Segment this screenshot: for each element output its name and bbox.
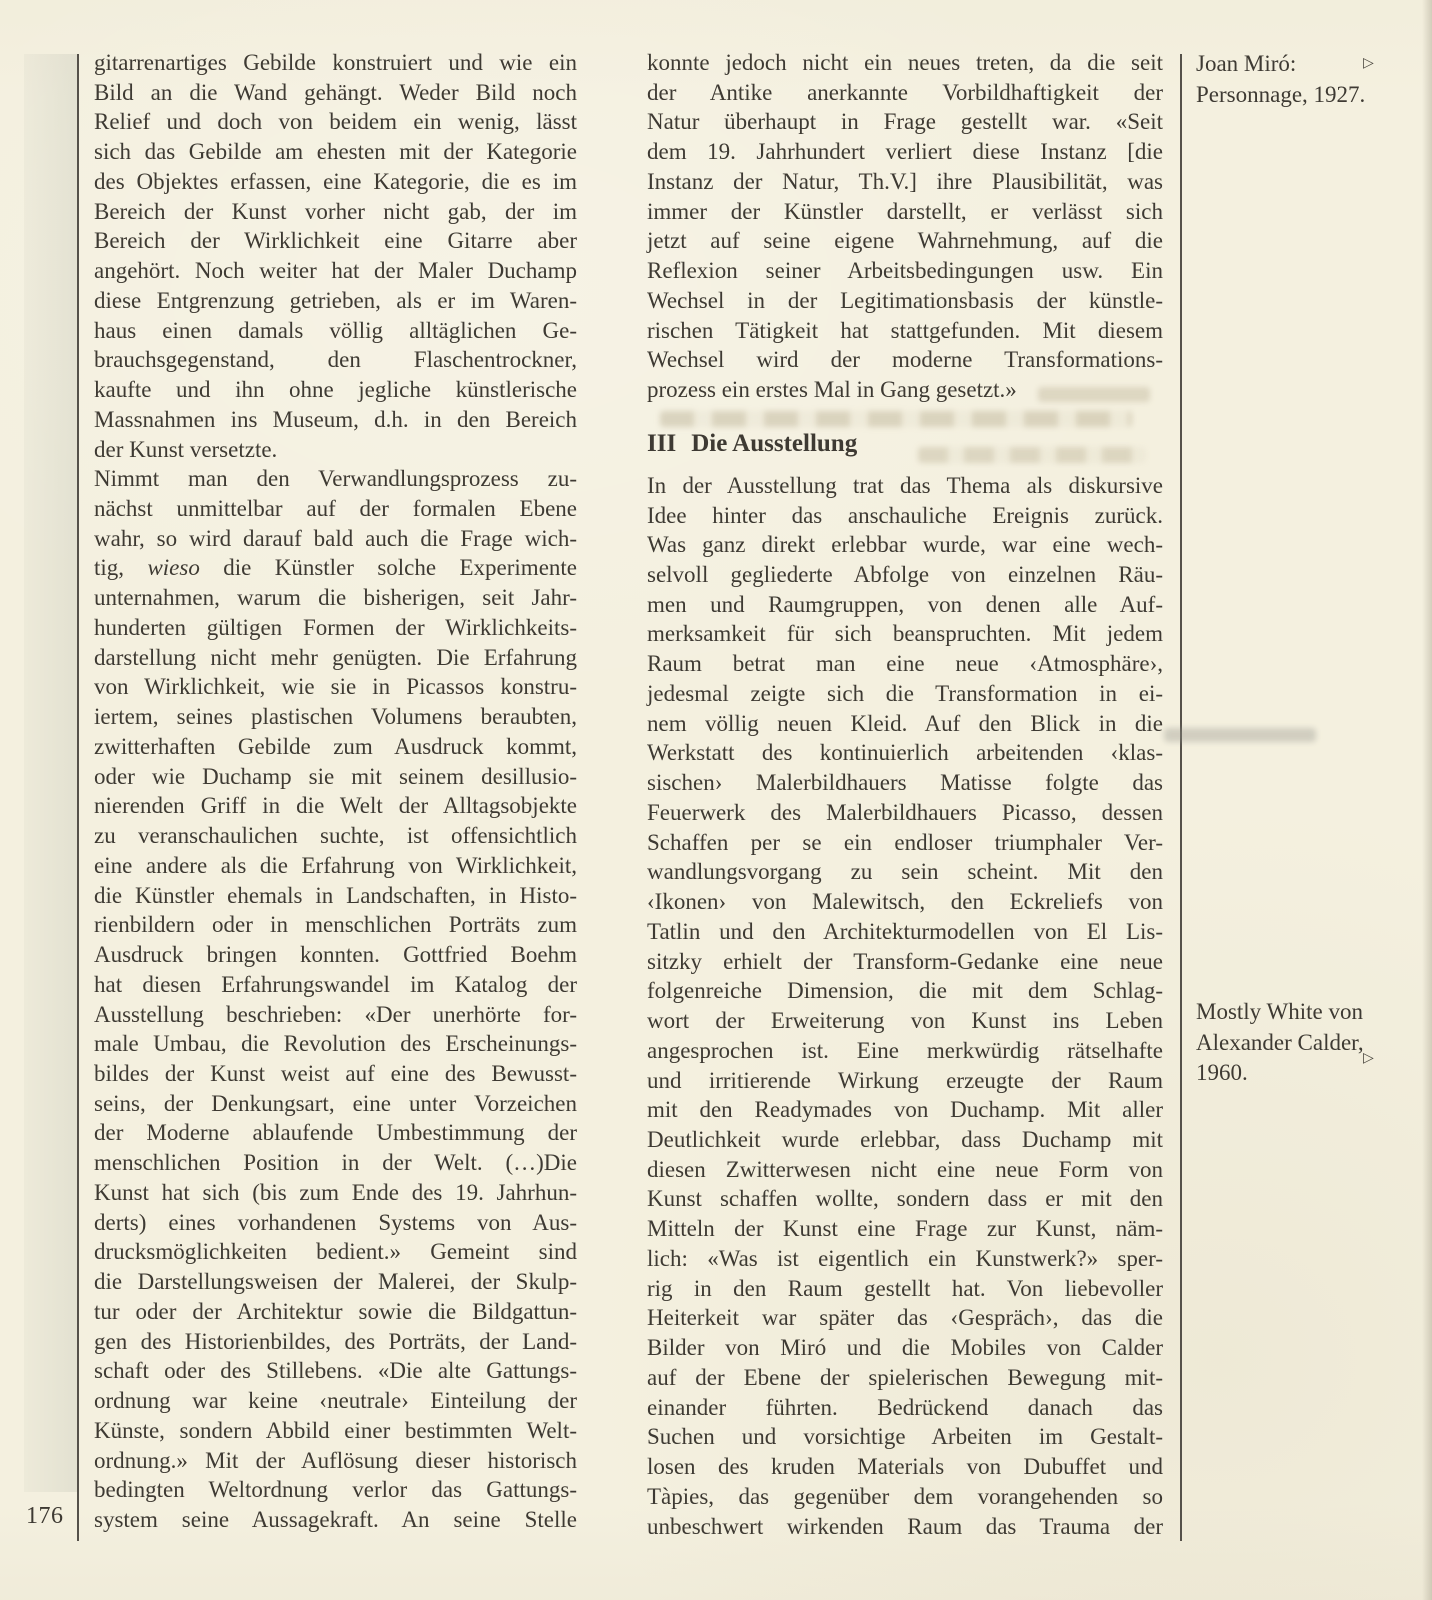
scan-shading-strip	[24, 54, 77, 1492]
text-line: Natur überhaupt in Frage gestellt war. «…	[647, 107, 1163, 137]
text-line: und irritierende Wirkung erzeugte der Ra…	[647, 1066, 1163, 1096]
text-line: Alexander Calder,	[1196, 1028, 1391, 1059]
left-text-column: gitarrenartiges Gebilde konstruiert und …	[94, 48, 577, 1535]
right-vertical-rule	[1180, 54, 1182, 1541]
text-line: gen des Historienbildes, des Porträts, d…	[94, 1327, 577, 1357]
text-line: 1960.	[1196, 1058, 1391, 1089]
right-column-top-block: konnte jedoch nicht ein neues treten, da…	[647, 48, 1163, 405]
text-line: rig in den Raum gestellt hat. Von liebev…	[647, 1274, 1163, 1304]
text-line: die Künstler ehemals in Landschaften, in…	[94, 881, 577, 911]
text-line: Wechsel in der Legitimationsbasis der kü…	[647, 286, 1163, 316]
text-line: oder wie Duchamp sie mit seinem desillus…	[94, 762, 577, 792]
text-line: Kunst hat sich (bis zum Ende des 19. Jah…	[94, 1178, 577, 1208]
text-line: eine andere als die Erfahrung von Wirkli…	[94, 851, 577, 881]
text-line: brauchsgegenstand, den Flaschentrockner,	[94, 345, 577, 375]
text-line: Personnage, 1927.	[1196, 80, 1391, 111]
text-line: iertem, seines plastischen Volumens bera…	[94, 702, 577, 732]
text-line: Wechsel wird der moderne Transformations…	[647, 345, 1163, 375]
section-heading: IIIDie Ausstellung	[647, 429, 1163, 459]
text-line: nem völlig neuen Kleid. Auf den Blick in…	[647, 709, 1163, 739]
page-edge-shadow	[1422, 0, 1432, 1600]
text-line: Idee hinter das anschauliche Ereignis zu…	[647, 501, 1163, 531]
text-line: menschlichen Position in der Welt. (…)Di…	[94, 1148, 577, 1178]
text-line: haus einen damals völlig alltäglichen Ge…	[94, 316, 577, 346]
section-title: Die Ausstellung	[691, 430, 857, 457]
text-line: jetzt auf seine eigene Wahrnehmung, auf …	[647, 226, 1163, 256]
text-line: Bereich der Kunst vorher nicht gab, der …	[94, 197, 577, 227]
text-line: selvoll gegliederte Abfolge von einzelne…	[647, 560, 1163, 590]
text-line: schaft oder des Stillebens. «Die alte Ga…	[94, 1356, 577, 1386]
text-line: sich das Gebilde am ehesten mit der Kate…	[94, 137, 577, 167]
margin-caption-calder: Mostly White vonAlexander Calder,1960.	[1196, 997, 1391, 1089]
text-line: sischen› Malerbildhauers Matisse folgte …	[647, 768, 1163, 798]
text-line: ‹Ikonen› von Malewitsch, den Eckreliefs …	[647, 887, 1163, 917]
text-line: zwitterhaften Gebilde zum Ausdruck kommt…	[94, 732, 577, 762]
text-line: Bild an die Wand gehängt. Weder Bild noc…	[94, 78, 577, 108]
text-line: darstellung nicht mehr genügten. Die Erf…	[94, 643, 577, 673]
text-line: Reflexion seiner Arbeitsbedingungen usw.…	[647, 256, 1163, 286]
text-line: kaufte und ihn ohne jegliche künstlerisc…	[94, 375, 577, 405]
right-text-column: konnte jedoch nicht ein neues treten, da…	[647, 48, 1163, 1541]
text-line: unternahmen, warum die bisherigen, seit …	[94, 583, 577, 613]
text-line: men und Raumgruppen, von denen alle Auf-	[647, 590, 1163, 620]
text-line: lich: «Was ist eigentlich ein Kunstwerk?…	[647, 1244, 1163, 1274]
text-line: Bereich der Wirklichkeit eine Gitarre ab…	[94, 226, 577, 256]
text-line: unbeschwert wirkenden Raum das Trauma de…	[647, 1512, 1163, 1542]
text-line: ordnung war keine ‹neutrale› Einteilung …	[94, 1386, 577, 1416]
text-line: drucksmöglichkeiten bedient.» Gemeint si…	[94, 1237, 577, 1267]
text-line: rischen Tätigkeit hat stattgefunden. Mit…	[647, 316, 1163, 346]
text-line: gitarrenartiges Gebilde konstruiert und …	[94, 48, 577, 78]
text-line: auf der Ebene der spielerischen Bewegung…	[647, 1363, 1163, 1393]
text-line: male Umbau, die Revolution des Erscheinu…	[94, 1029, 577, 1059]
text-line: seins, der Denkungsart, eine unter Vorze…	[94, 1089, 577, 1119]
text-line: hunderten gültigen Formen der Wirklichke…	[94, 613, 577, 643]
text-line: Tatlin und den Architekturmodellen von E…	[647, 917, 1163, 947]
text-line: Relief und doch von beidem ein wenig, lä…	[94, 107, 577, 137]
text-line: der Moderne ablaufende Umbestimmung der	[94, 1118, 577, 1148]
text-line: immer der Künstler darstellt, er verläss…	[647, 197, 1163, 227]
text-line: nächst unmittelbar auf der formalen Eben…	[94, 494, 577, 524]
text-line: einander führten. Bedrückend danach das	[647, 1393, 1163, 1423]
text-line: Raum betrat man eine neue ‹Atmosphäre›,	[647, 649, 1163, 679]
text-line: Massnahmen ins Museum, d.h. in den Berei…	[94, 405, 577, 435]
text-line: sitzky erhielt der Transform-Gedanke ein…	[647, 947, 1163, 977]
text-line: des Objektes erfassen, eine Kategorie, d…	[94, 167, 577, 197]
text-line: Instanz der Natur, Th.V.] ihre Plausibil…	[647, 167, 1163, 197]
text-line: hat diesen Erfahrungswandel im Katalog d…	[94, 970, 577, 1000]
right-column-bottom-block: In der Ausstellung trat das Thema als di…	[647, 471, 1163, 1541]
text-line: Ausdruck bringen konnten. Gottfried Boeh…	[94, 940, 577, 970]
text-line: der Kunst versetzte.	[94, 435, 577, 465]
triangle-marker-icon: ▷	[1363, 55, 1374, 71]
text-line: Tàpies, das gegenüber dem vorangehenden …	[647, 1482, 1163, 1512]
text-line: von Wirklichkeit, wie sie in Picassos ko…	[94, 672, 577, 702]
page-number: 176	[26, 1503, 64, 1530]
section-number: III	[647, 430, 676, 457]
text-line: merksamkeit für sich beanspruchten. Mit …	[647, 619, 1163, 649]
book-page: gitarrenartiges Gebilde konstruiert und …	[0, 0, 1432, 1600]
text-line: ordnung.» Mit der Auflösung dieser histo…	[94, 1446, 577, 1476]
text-line: folgenreiche Dimension, die mit dem Schl…	[647, 976, 1163, 1006]
text-line: Mitteln der Kunst eine Frage zur Kunst, …	[647, 1214, 1163, 1244]
text-line: mit den Readymades von Duchamp. Mit alle…	[647, 1095, 1163, 1125]
text-line: konnte jedoch nicht ein neues treten, da…	[647, 48, 1163, 78]
text-line: Joan Miró:	[1196, 49, 1391, 80]
text-line: wort der Erweiterung von Kunst ins Leben	[647, 1006, 1163, 1036]
triangle-marker-icon: ▷	[1363, 1050, 1374, 1066]
text-line: diese Entgrenzung getrieben, als er im W…	[94, 286, 577, 316]
text-line: zu veranschaulichen suchte, ist offensic…	[94, 821, 577, 851]
text-line: Heiterkeit war später das ‹Gespräch›, da…	[647, 1303, 1163, 1333]
left-vertical-rule	[77, 54, 79, 1541]
text-line: Kunst schaffen wollte, sondern dass er m…	[647, 1184, 1163, 1214]
text-line: Bilder von Miró und die Mobiles von Cald…	[647, 1333, 1163, 1363]
bleed-through-smudge	[1164, 728, 1316, 742]
text-line: Deutlichkeit wurde erlebbar, dass Ducham…	[647, 1125, 1163, 1155]
text-line: Was ganz direkt erlebbar wurde, war eine…	[647, 530, 1163, 560]
margin-caption-miro: Joan Miró:Personnage, 1927.	[1196, 49, 1391, 110]
text-line: tur oder der Architektur sowie die Bildg…	[94, 1297, 577, 1327]
text-line: der Antike anerkannte Vorbildhaftigkeit …	[647, 78, 1163, 108]
text-line: Ausstellung beschrieben: «Der unerhörte …	[94, 1000, 577, 1030]
text-line: dem 19. Jahrhundert verliert diese Insta…	[647, 137, 1163, 167]
text-line: Mostly White von	[1196, 997, 1391, 1028]
text-line: Werkstatt des kontinuierlich arbeitenden…	[647, 738, 1163, 768]
text-line: wandlungsvorgang zu sein scheint. Mit de…	[647, 857, 1163, 887]
text-line: rienbildern oder in menschlichen Porträt…	[94, 910, 577, 940]
text-line: In der Ausstellung trat das Thema als di…	[647, 471, 1163, 501]
text-line: system seine Aussagekraft. An seine Stel…	[94, 1505, 577, 1535]
text-line: Schaffen per se ein endloser triumphaler…	[647, 828, 1163, 858]
text-line: bildes der Kunst weist auf eine des Bewu…	[94, 1059, 577, 1089]
text-line: angesprochen ist. Eine merkwürdig rätsel…	[647, 1036, 1163, 1066]
text-line: prozess ein erstes Mal in Gang gesetzt.»	[647, 375, 1163, 405]
text-line: Suchen und vorsichtige Arbeiten im Gesta…	[647, 1422, 1163, 1452]
text-line: wahr, so wird darauf bald auch die Frage…	[94, 524, 577, 554]
text-line: nierenden Griff in die Welt der Alltagso…	[94, 791, 577, 821]
text-line: jedesmal zeigte sich die Transformation …	[647, 679, 1163, 709]
text-line: tig, wieso die Künstler solche Experimen…	[94, 553, 577, 583]
text-line: Künste, sondern Abbild einer bestimmten …	[94, 1416, 577, 1446]
text-line: diesen Zwitterwesen nicht eine neue Form…	[647, 1155, 1163, 1185]
text-line: bedingten Weltordnung verlor das Gattung…	[94, 1475, 577, 1505]
text-line: derts) eines vorhandenen Systems von Aus…	[94, 1208, 577, 1238]
text-line: Nimmt man den Verwandlungsprozess zu-	[94, 464, 577, 494]
text-line: die Darstellungsweisen der Malerei, der …	[94, 1267, 577, 1297]
text-line: Feuerwerk des Malerbildhauers Picasso, d…	[647, 798, 1163, 828]
text-line: angehört. Noch weiter hat der Maler Duch…	[94, 256, 577, 286]
text-line: losen des kruden Materials von Dubuffet …	[647, 1452, 1163, 1482]
